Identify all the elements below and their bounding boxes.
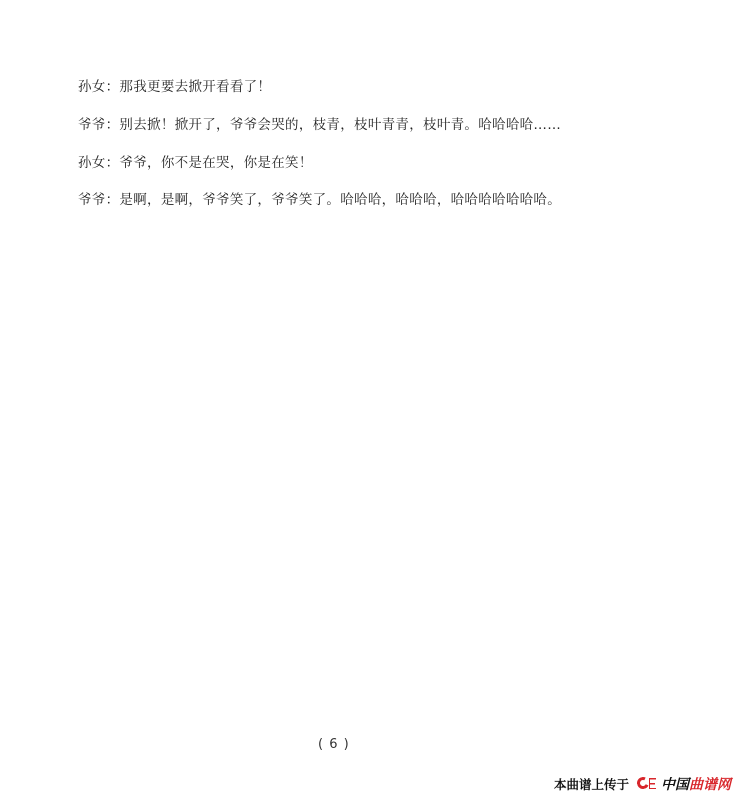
document-page: 孙女：那我更要去掀开看看了！ 爷爷：别去掀！掀开了，爷爷会哭的，枝青，枝叶青青，… bbox=[0, 0, 746, 800]
speaker-separator: ： bbox=[106, 192, 120, 208]
speaker-name: 孙女 bbox=[78, 79, 106, 95]
speaker-separator: ： bbox=[106, 117, 120, 133]
speaker-name: 爷爷 bbox=[78, 117, 106, 133]
dialogue-text: 别去掀！掀开了，爷爷会哭的，枝青，枝叶青青，枝叶青。哈哈哈哈…… bbox=[119, 117, 561, 133]
speaker-name: 爷爷 bbox=[78, 192, 106, 208]
ce-logo-icon bbox=[637, 777, 657, 791]
dialogue-line: 孙女：爷爷，你不是在哭，你是在笑！ bbox=[78, 153, 313, 173]
dialogue-line: 孙女：那我更要去掀开看看了！ bbox=[78, 77, 271, 97]
dialogue-text: 是啊，是啊，爷爷笑了，爷爷笑了。哈哈哈，哈哈哈，哈哈哈哈哈哈哈。 bbox=[119, 192, 561, 208]
dialogue-text: 爷爷，你不是在哭，你是在笑！ bbox=[119, 155, 312, 171]
page-number: ( 6 ) bbox=[318, 737, 350, 752]
speaker-separator: ： bbox=[106, 155, 120, 171]
dialogue-line: 爷爷：是啊，是啊，爷爷笑了，爷爷笑了。哈哈哈，哈哈哈，哈哈哈哈哈哈哈。 bbox=[78, 190, 561, 210]
dialogue-text: 那我更要去掀开看看了！ bbox=[119, 79, 271, 95]
speaker-separator: ： bbox=[106, 79, 120, 95]
upload-text: 本曲谱上传于 bbox=[554, 775, 629, 793]
footer-watermark: 本曲谱上传于 中国 曲谱网 bbox=[554, 774, 731, 794]
logo-text-qupu: 曲谱网 bbox=[689, 774, 731, 794]
site-logo: 中国 曲谱网 bbox=[637, 774, 731, 794]
speaker-name: 孙女 bbox=[78, 155, 106, 171]
dialogue-line: 爷爷：别去掀！掀开了，爷爷会哭的，枝青，枝叶青青，枝叶青。哈哈哈哈…… bbox=[78, 115, 561, 135]
logo-text-china: 中国 bbox=[661, 774, 689, 794]
